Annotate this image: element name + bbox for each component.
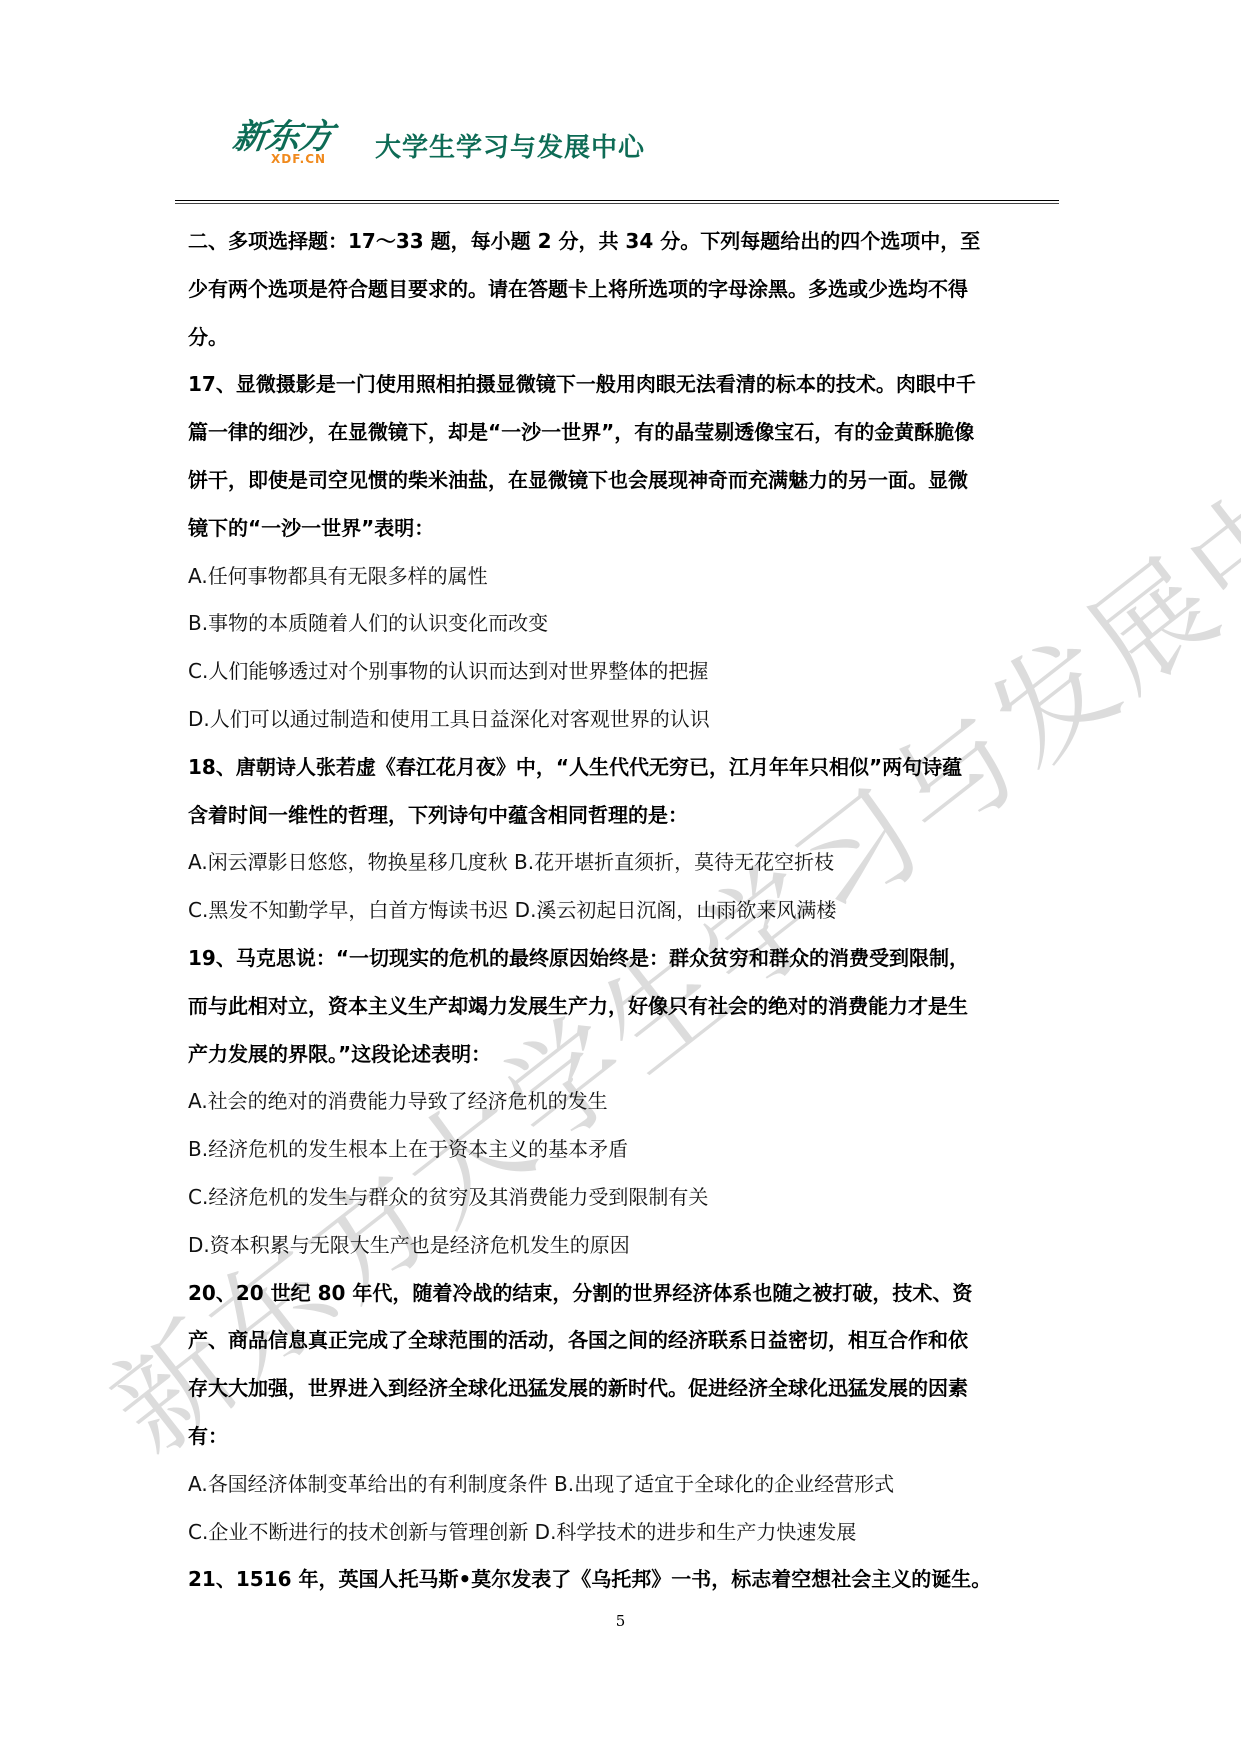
- question-21: 21、1516 年，英国人托马斯•莫尔发表了《乌托邦》一书，标志着空想社会主义的…: [188, 1556, 1068, 1604]
- question-stem-line: 产力发展的界限。”这段论述表明：: [188, 1031, 1068, 1079]
- question-stem-line: 饼干，即使是司空见惯的柴米油盐，在显微镜下也会展现神奇而充满魅力的另一面。显微: [188, 457, 1068, 505]
- question-stem-line: 产、商品信息真正完成了全球范围的活动，各国之间的经济联系日益密切，相互合作和依: [188, 1317, 1068, 1365]
- page-number: 5: [0, 1612, 1241, 1630]
- logo-english-text: XDF.CN: [271, 152, 326, 166]
- instruction-line: 二、多项选择题：17～33 题，每小题 2 分，共 34 分。下列每题给出的四个…: [188, 218, 1068, 266]
- question-stem-line: 有：: [188, 1413, 1068, 1461]
- option-d: D.人们可以通过制造和使用工具日益深化对客观世界的认识: [188, 696, 1068, 744]
- document-body: 二、多项选择题：17～33 题，每小题 2 分，共 34 分。下列每题给出的四个…: [188, 218, 1068, 1604]
- option-a: A.社会的绝对的消费能力导致了经济危机的发生: [188, 1078, 1068, 1126]
- question-stem-line: 镜下的“一沙一世界”表明：: [188, 505, 1068, 553]
- question-stem-line: 17、显微摄影是一门使用照相拍摄显微镜下一般用肉眼无法看清的标本的技术。肉眼中千: [188, 361, 1068, 409]
- question-stem-line: 篇一律的细沙，在显微镜下，却是“一沙一世界”，有的晶莹剔透像宝石，有的金黄酥脆像: [188, 409, 1068, 457]
- question-stem-line: 存大大加强，世界进入到经济全球化迅猛发展的新时代。促进经济全球化迅猛发展的因素: [188, 1365, 1068, 1413]
- question-stem-line: 18、唐朝诗人张若虚《春江花月夜》中，“人生代代无穷已，江月年年只相似”两句诗蕴: [188, 744, 1068, 792]
- question-18: 18、唐朝诗人张若虚《春江花月夜》中，“人生代代无穷已，江月年年只相似”两句诗蕴…: [188, 744, 1068, 935]
- option-c-d: C.企业不断进行的技术创新与管理创新 D.科学技术的进步和生产力快速发展: [188, 1509, 1068, 1557]
- question-19: 19、马克思说：“一切现实的危机的最终原因始终是：群众贫穷和群众的消费受到限制，…: [188, 935, 1068, 1270]
- logo-chinese-text: 新东方: [231, 120, 335, 154]
- xdf-logo: 新东方 XDF.CN: [233, 118, 353, 170]
- option-d: D.资本积累与无限大生产也是经济危机发生的原因: [188, 1222, 1068, 1270]
- question-stem-line: 21、1516 年，英国人托马斯•莫尔发表了《乌托邦》一书，标志着空想社会主义的…: [188, 1556, 1068, 1604]
- header-divider: [175, 200, 1059, 204]
- option-a-b: A.各国经济体制变革给出的有利制度条件 B.出现了适宜于全球化的企业经营形式: [188, 1461, 1068, 1509]
- option-c: C.经济危机的发生与群众的贫穷及其消费能力受到限制有关: [188, 1174, 1068, 1222]
- question-17: 17、显微摄影是一门使用照相拍摄显微镜下一般用肉眼无法看清的标本的技术。肉眼中千…: [188, 361, 1068, 743]
- option-b: B.经济危机的发生根本上在于资本主义的基本矛盾: [188, 1126, 1068, 1174]
- question-20: 20、20 世纪 80 年代，随着冷战的结束，分割的世界经济体系也随之被打破，技…: [188, 1270, 1068, 1557]
- instruction-line: 分。: [188, 314, 1068, 362]
- page-header: 新东方 XDF.CN 大学生学习与发展中心: [233, 118, 645, 178]
- question-stem-line: 含着时间一维性的哲理，下列诗句中蕴含相同哲理的是：: [188, 792, 1068, 840]
- option-a-b: A.闲云潭影日悠悠，物换星移几度秋 B.花开堪折直须折，莫待无花空折枝: [188, 839, 1068, 887]
- option-b: B.事物的本质随着人们的认识变化而改变: [188, 600, 1068, 648]
- question-stem-line: 而与此相对立，资本主义生产却竭力发展生产力，好像只有社会的绝对的消费能力才是生: [188, 983, 1068, 1031]
- instruction-line: 少有两个选项是符合题目要求的。请在答题卡上将所选项的字母涂黑。多选或少选均不得: [188, 266, 1068, 314]
- option-c-d: C.黑发不知勤学早，白首方悔读书迟 D.溪云初起日沉阁，山雨欲来风满楼: [188, 887, 1068, 935]
- section-instructions: 二、多项选择题：17～33 题，每小题 2 分，共 34 分。下列每题给出的四个…: [188, 218, 1068, 361]
- option-a: A.任何事物都具有无限多样的属性: [188, 553, 1068, 601]
- question-stem-line: 19、马克思说：“一切现实的危机的最终原因始终是：群众贫穷和群众的消费受到限制，: [188, 935, 1068, 983]
- header-title: 大学生学习与发展中心: [375, 127, 645, 164]
- option-c: C.人们能够透过对个别事物的认识而达到对世界整体的把握: [188, 648, 1068, 696]
- question-stem-line: 20、20 世纪 80 年代，随着冷战的结束，分割的世界经济体系也随之被打破，技…: [188, 1270, 1068, 1318]
